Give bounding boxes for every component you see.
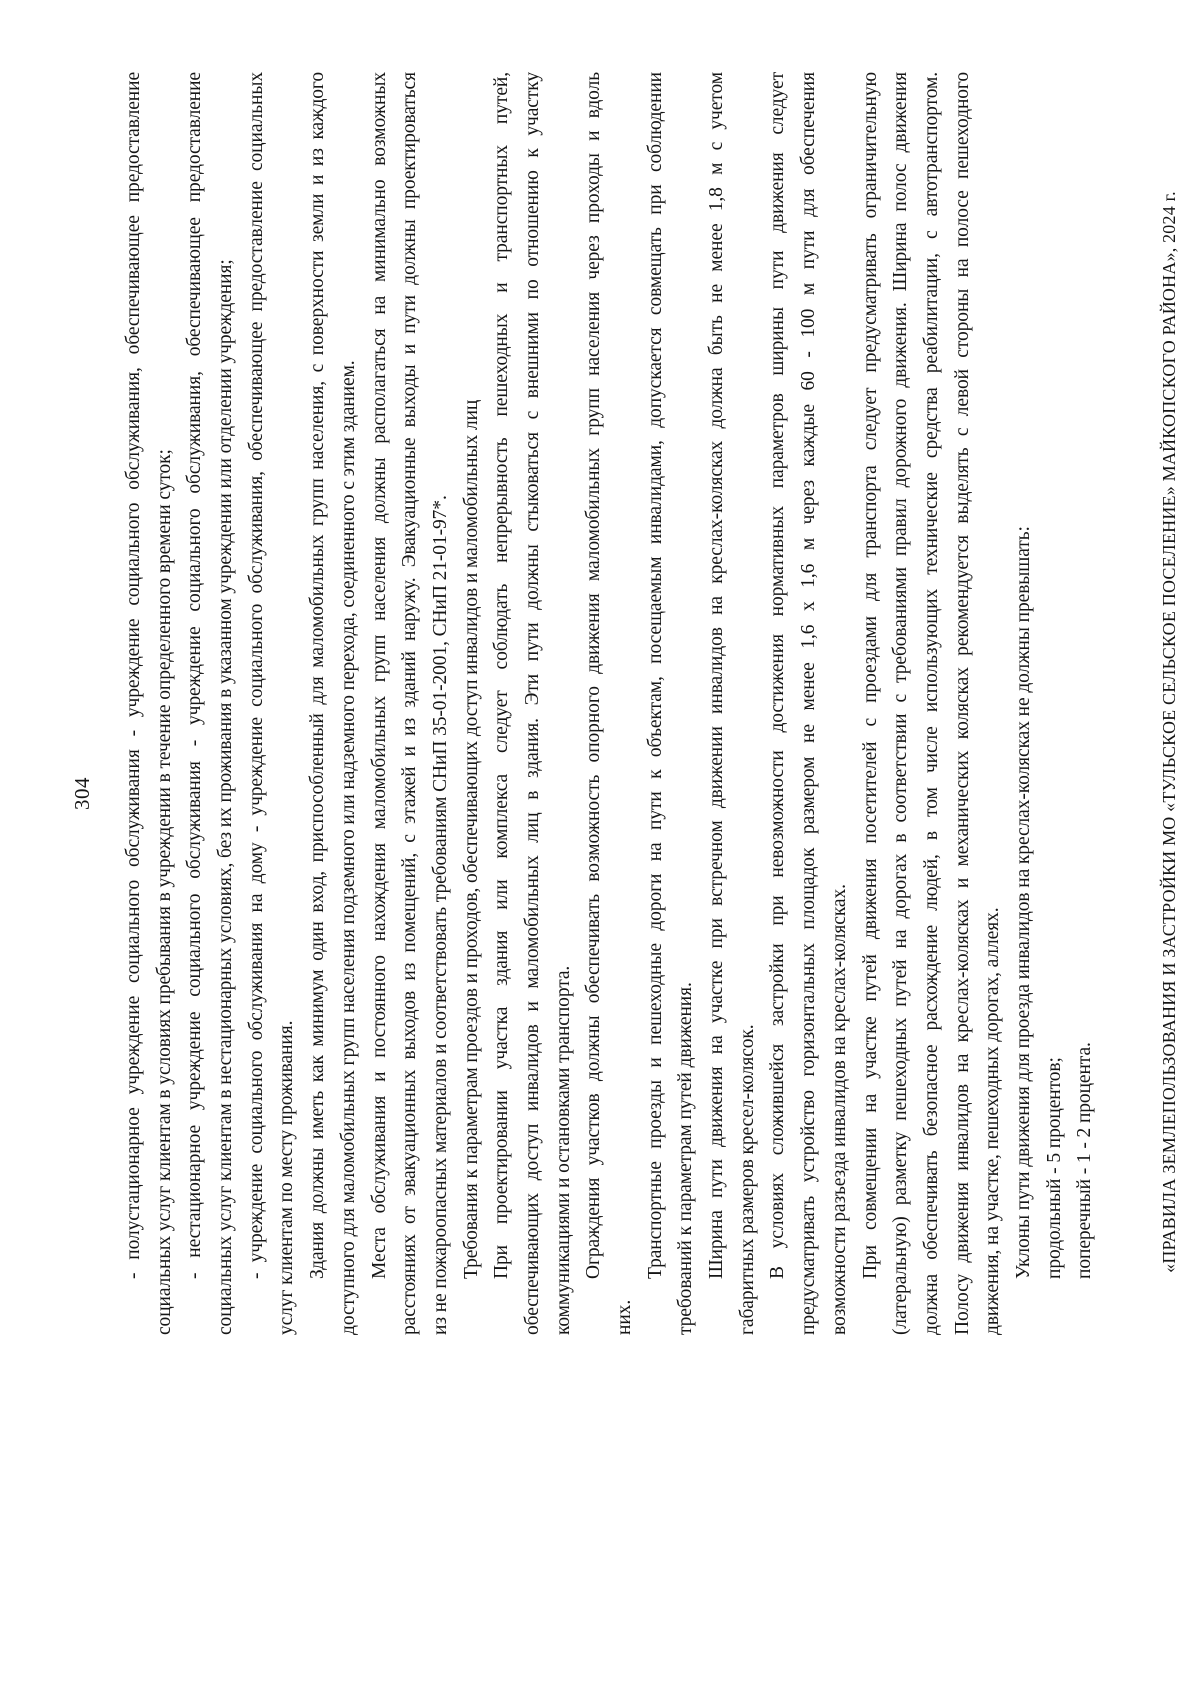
text-line: поперечный - 1 - 2 процента. xyxy=(1070,72,1101,1335)
text-line: (латеральную) разметку пешеходных путей … xyxy=(886,72,917,1335)
text-line: Места обслуживания и постоянного нахожде… xyxy=(365,72,396,1335)
text-line: Требования к параметрам проездов и прохо… xyxy=(457,72,488,1335)
text-line: них. xyxy=(610,72,641,1335)
text-line: Транспортные проезды и пешеходные дороги… xyxy=(641,72,672,1335)
text-line: - нестационарное учреждение социального … xyxy=(180,72,211,1335)
page-number: 304 xyxy=(70,777,94,810)
text-line: продольный - 5 процентов; xyxy=(1040,72,1071,1335)
text-line: доступного для маломобильных групп насел… xyxy=(334,72,365,1335)
document-page: 304 - полустационарное учреждение социал… xyxy=(0,0,1200,1696)
text-line: возможности разъезда инвалидов на кресла… xyxy=(825,72,856,1335)
text-line: В условиях сложившейся застройки при нев… xyxy=(763,72,794,1335)
text-line: Здания должны иметь как минимум один вхо… xyxy=(303,72,334,1335)
text-line: услуг клиентам по месту проживания. xyxy=(272,72,303,1335)
text-line: расстояниях от эвакуационных выходов из … xyxy=(395,72,426,1335)
text-line: габаритных размеров кресел-колясок. xyxy=(733,72,764,1335)
text-line: - полустационарное учреждение социальног… xyxy=(119,72,150,1335)
text-line: - учреждение социального обслуживания на… xyxy=(242,72,273,1335)
scanned-page-viewport: 304 - полустационарное учреждение социал… xyxy=(0,0,1200,1696)
text-line: социальных услуг клиентам в нестационарн… xyxy=(211,72,242,1335)
text-line: требований к параметрам путей движения. xyxy=(671,72,702,1335)
text-line: При проектировании участка здания или ко… xyxy=(487,72,518,1335)
text-line: Ограждения участков должны обеспечивать … xyxy=(579,72,610,1335)
text-line: Уклоны пути движения для проезда инвалид… xyxy=(1009,72,1040,1335)
text-line: обеспечивающих доступ инвалидов и маломо… xyxy=(518,72,549,1335)
document-body: - полустационарное учреждение социальног… xyxy=(119,72,1101,1335)
text-line: Полосу движения инвалидов на креслах-кол… xyxy=(948,72,979,1335)
text-line: должна обеспечивать безопасное расхожден… xyxy=(917,72,948,1335)
page-footer: «ПРАВИЛА ЗЕМЛЕПОЛЬЗОВАНИЯ И ЗАСТРОЙКИ МО… xyxy=(1156,191,1182,1273)
text-line: из не пожароопасных материалов и соответ… xyxy=(426,72,457,1335)
text-line: При совмещении на участке путей движения… xyxy=(856,72,887,1335)
text-line: предусматривать устройство горизонтальны… xyxy=(794,72,825,1335)
text-line: социальных услуг клиентам в условиях пре… xyxy=(150,72,181,1335)
text-line: движения, на участке, пешеходных дорогах… xyxy=(978,72,1009,1335)
text-line: коммуникациями и остановками транспорта. xyxy=(549,72,580,1335)
text-line: Ширина пути движения на участке при встр… xyxy=(702,72,733,1335)
